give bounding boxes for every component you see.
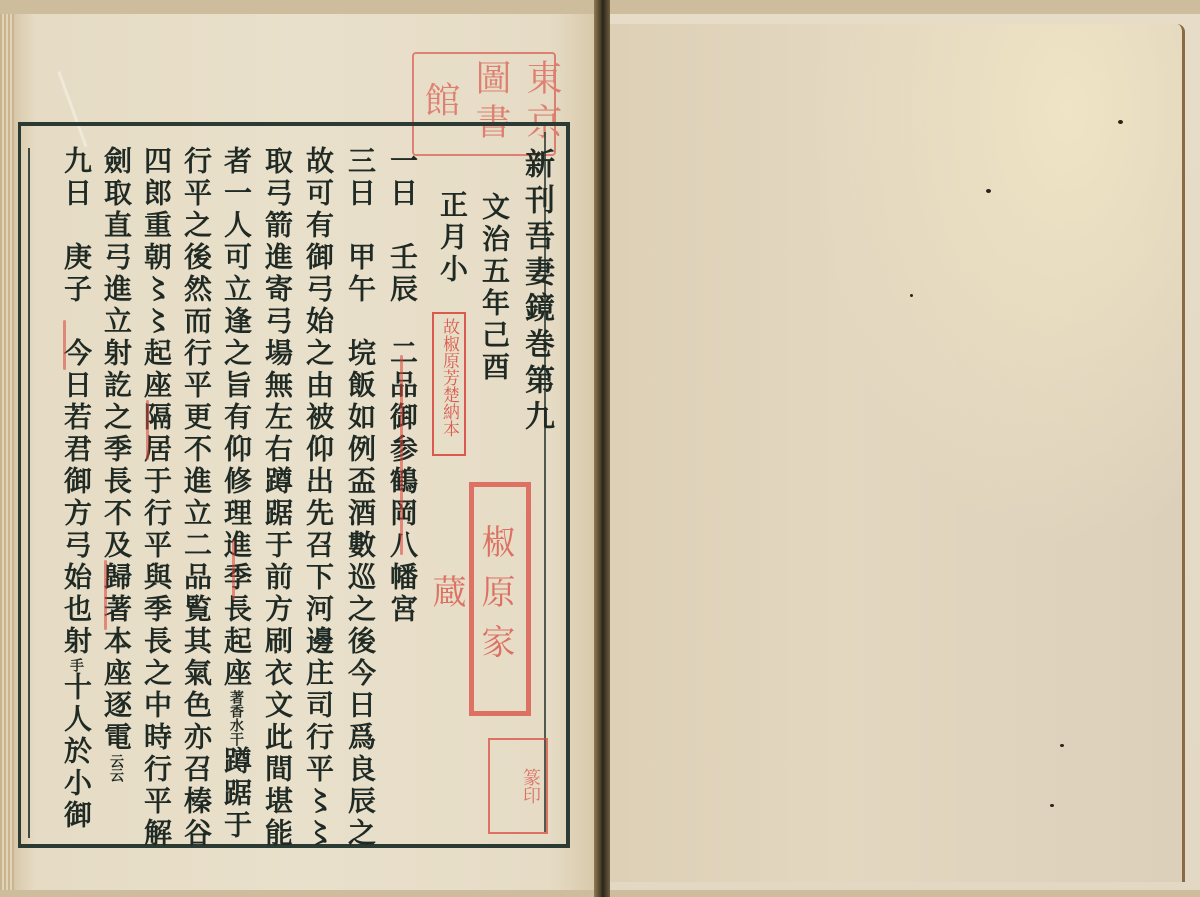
text-column-7: 四郎重朝〻〻起座隔居于行平與季長之中時行平解 xyxy=(136,146,176,850)
volume-title: 新刊吾妻鏡巻第九 xyxy=(516,148,556,436)
interlinear-note: 云云 xyxy=(108,754,124,782)
blank-page-surface xyxy=(610,24,1185,882)
seal-text: 故椒原芳楚納本 xyxy=(436,318,462,437)
ink-spot xyxy=(1050,804,1054,807)
ink-spot xyxy=(1118,120,1123,124)
interlinear-note: 手 xyxy=(68,658,84,672)
text-column-3: 故可有御弓始之由被仰出先召下河邊庄司行平〻〻 xyxy=(298,146,338,850)
ownership-seal-middle: 故椒原芳楚納本 xyxy=(432,312,466,456)
book-gutter xyxy=(594,0,610,897)
red-annotation-line xyxy=(146,400,149,460)
ink-spot xyxy=(1060,744,1064,747)
page-edge-stack xyxy=(0,14,14,890)
ink-spot xyxy=(986,189,991,193)
text-column-8: 劍取直弓進立射訖之季長不及歸著本座逐電云云 xyxy=(96,146,136,782)
text-column-4: 取弓箭進寄弓場無左右蹲踞于前方刷衣文此間堪能 xyxy=(257,146,297,850)
era-heading: 文治五年己酉 xyxy=(474,192,514,384)
ink-spot xyxy=(910,294,913,297)
frame-left-rule xyxy=(18,122,21,844)
interlinear-note: 著香水干 xyxy=(228,690,244,746)
text-column-9: 九日 庚子 今日若君御方弓始也射手十人於小御 xyxy=(56,146,96,832)
text-column-5: 者一人可立逢之旨有仰修理進季長起座著香水干蹲踞于 xyxy=(216,146,256,842)
month-heading: 正月小 xyxy=(432,190,472,286)
seal-text: 篆印 xyxy=(494,744,542,828)
book-spread: 東京圖書館 新刊吾妻鏡巻第九 文治五年己酉 正月小 一日 壬辰 二品御参鶴岡八幡… xyxy=(0,0,1200,897)
frame-inner-rule xyxy=(28,148,30,838)
right-page-blank xyxy=(610,14,1200,890)
square-seal-bottom: 篆印 xyxy=(488,738,548,834)
family-collection-seal: 椒原家蔵 xyxy=(469,482,531,716)
red-annotation-line xyxy=(104,560,107,630)
text-column-2: 三日 甲午 垸飯如例盃酒數巡之後今日爲良辰之 xyxy=(340,146,380,850)
red-annotation-line xyxy=(400,355,403,555)
red-annotation-line xyxy=(63,320,66,370)
red-annotation-line xyxy=(232,540,235,600)
seal-text: 椒原家蔵 xyxy=(480,501,520,697)
text-column-6: 行平之後然而行平更不進立二品覧其氣色亦召榛谷 xyxy=(176,146,216,850)
